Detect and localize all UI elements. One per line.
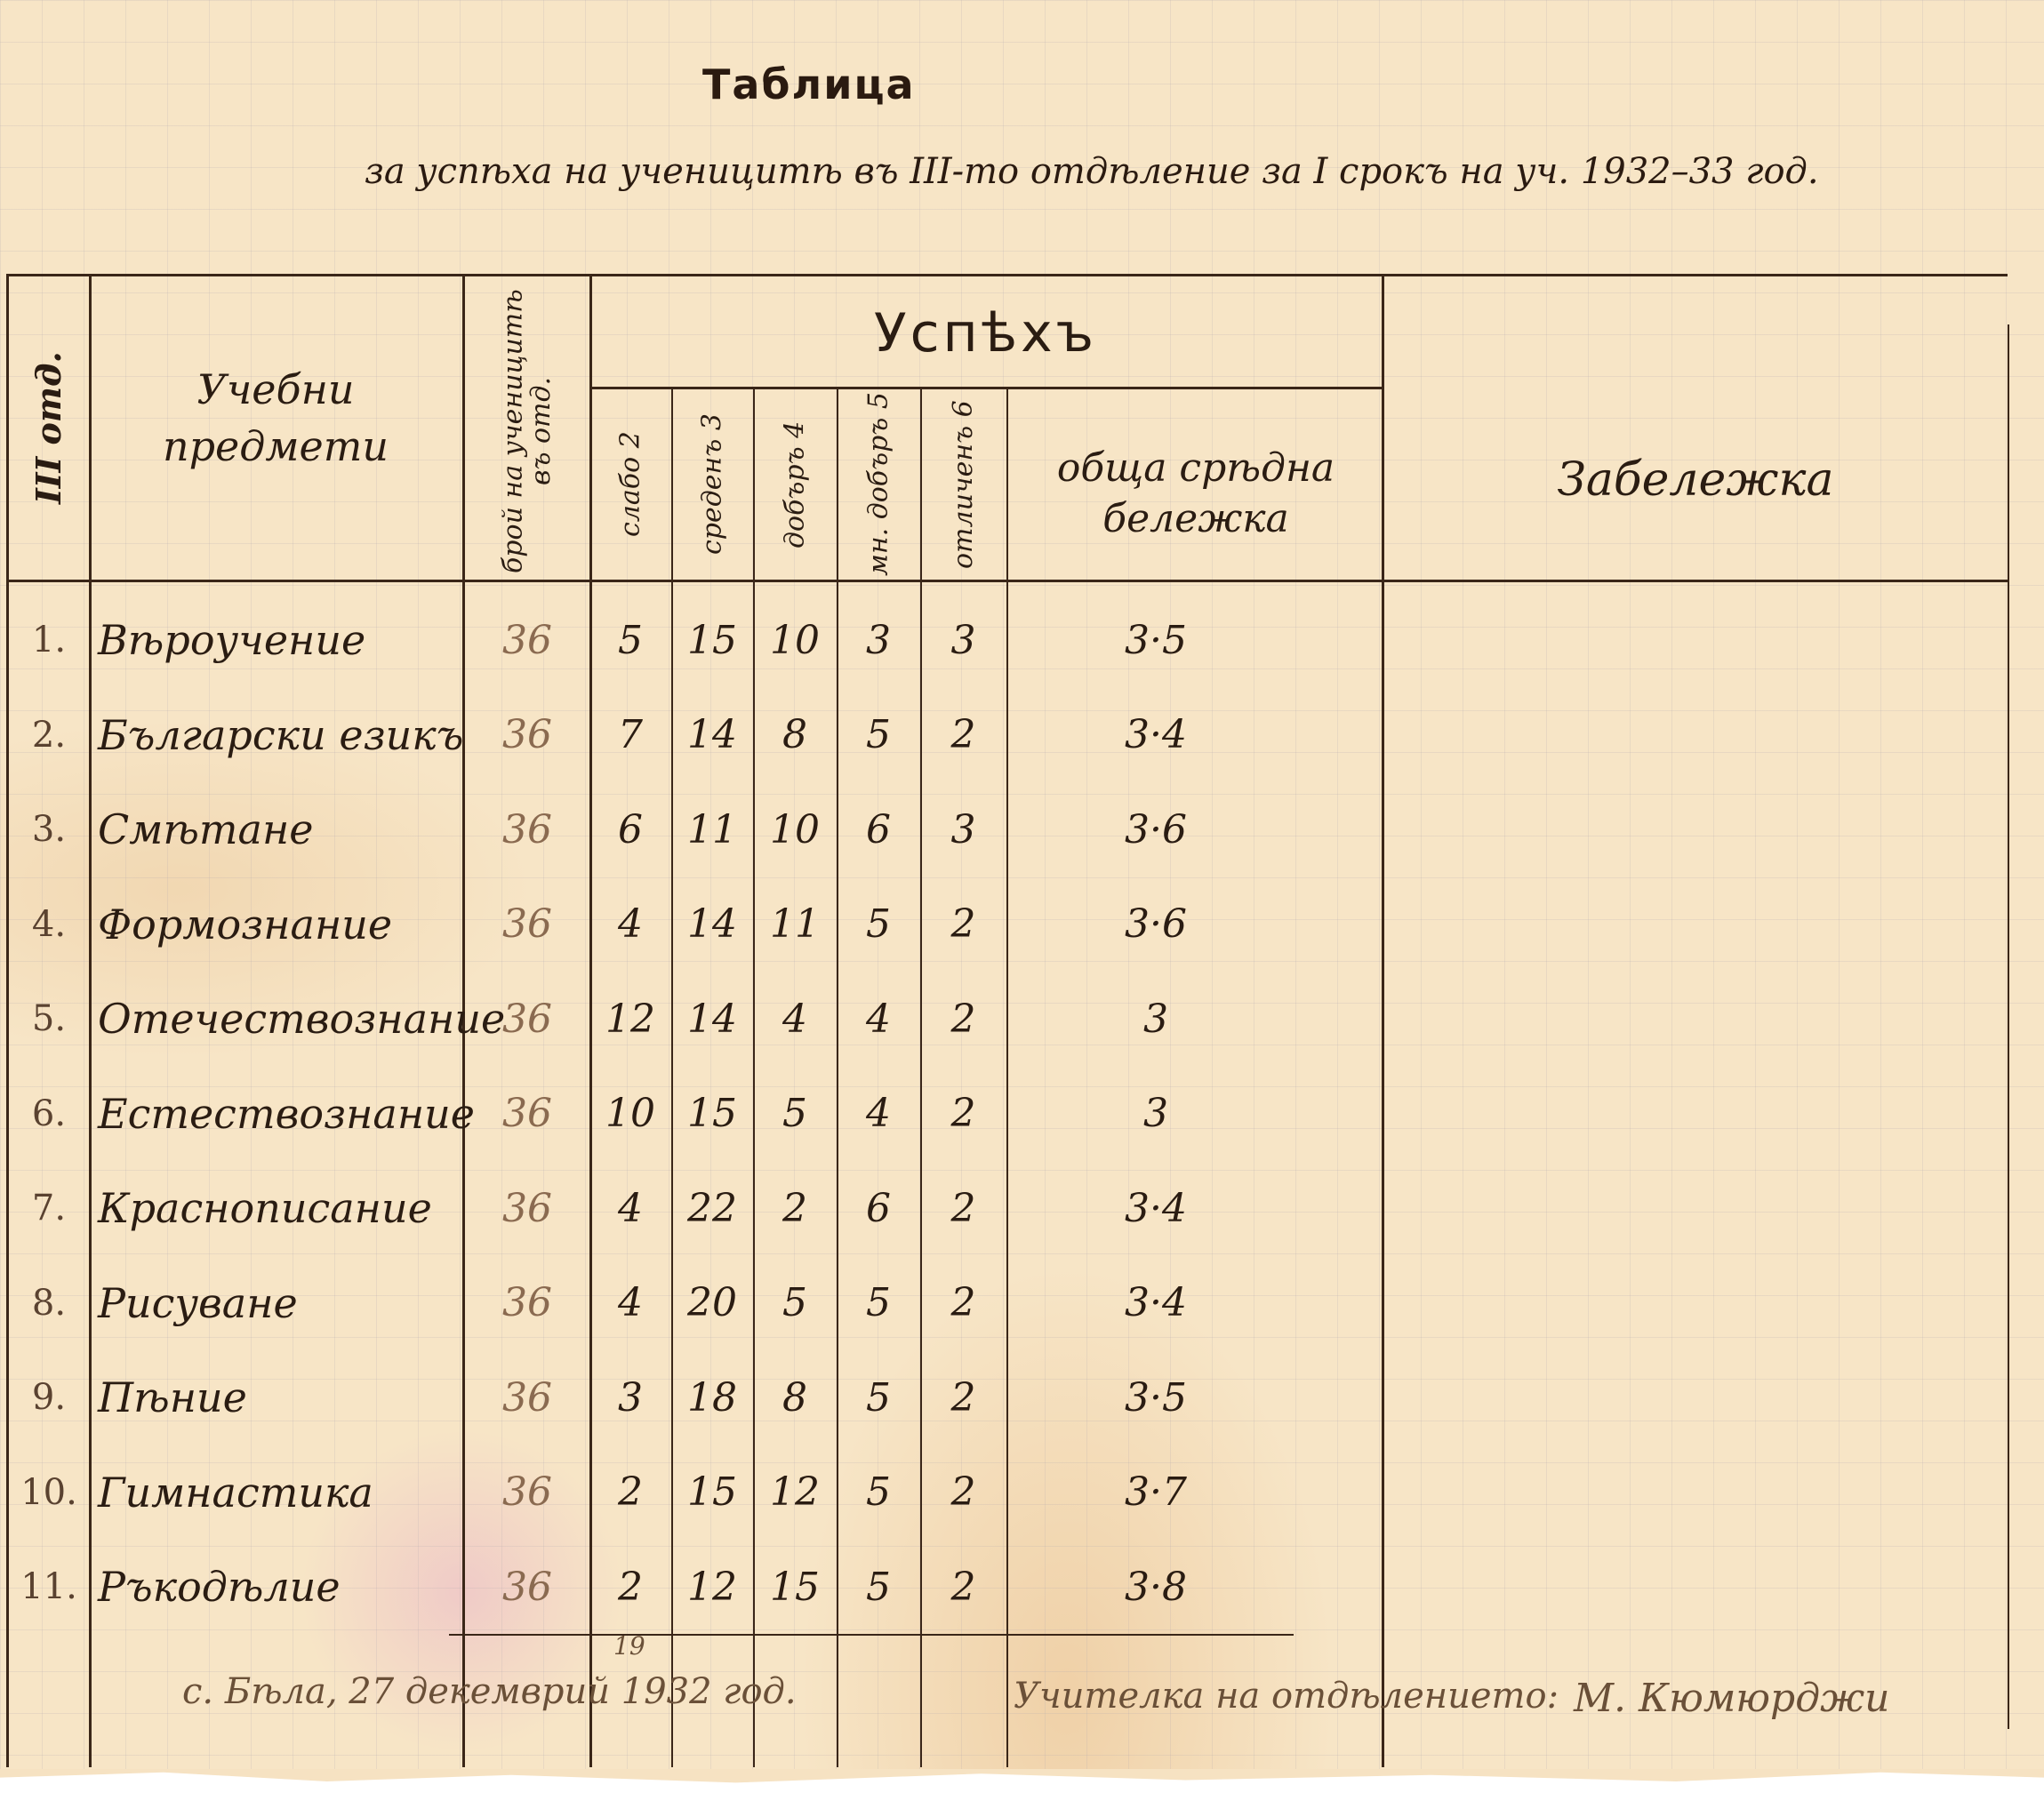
date-annotation: 19 — [613, 1631, 645, 1661]
grade-sreden-count: 15 — [671, 1067, 753, 1162]
grade-otlichen-count: 3 — [920, 593, 1006, 688]
grade-dobar-count: 10 — [753, 593, 837, 688]
header-remark: Забележка — [1384, 427, 2007, 533]
header-grade-mn-dobar: мн. добъръ 5 — [837, 389, 920, 580]
document-title: Таблица — [702, 60, 916, 108]
subject-name: Смѣтане — [92, 782, 468, 877]
grade-dobar-count: 8 — [753, 688, 837, 783]
grade-sreden-count: 20 — [671, 1256, 753, 1351]
subject-name: Ръкодѣлие — [92, 1540, 468, 1635]
students-count: 36 — [465, 972, 589, 1067]
grade-otlichen-count: 2 — [920, 1256, 1006, 1351]
grade-otlichen-count: 2 — [920, 877, 1006, 973]
grade-sreden-count: 11 — [671, 782, 753, 877]
row-number: 11. — [9, 1540, 89, 1635]
grade-dobar-count: 11 — [753, 877, 837, 973]
grade-sreden-count: 14 — [671, 688, 753, 783]
remark — [1384, 1350, 2007, 1445]
grade-otlichen-count: 2 — [920, 1161, 1006, 1256]
remark — [1384, 593, 2007, 688]
students-count: 36 — [465, 1161, 589, 1256]
grade-slabo-count: 4 — [589, 1256, 671, 1351]
grade-slabo-count: 3 — [589, 1350, 671, 1445]
grade-slabo-count: 4 — [589, 1161, 671, 1256]
row-number: 6. — [9, 1067, 89, 1162]
students-count: 36 — [465, 1540, 589, 1635]
subject-name: Български езикъ — [92, 688, 468, 783]
document-subtitle: за успѣха на ученицитѣ въ III-то отдѣлен… — [365, 151, 1819, 192]
students-count: 36 — [465, 1445, 589, 1541]
col-divider — [2008, 324, 2009, 1729]
grade-otlichen-count: 2 — [920, 1350, 1006, 1445]
header-students-count: брой на ученицитѣ въ отд. — [465, 284, 589, 578]
grade-sreden-count: 22 — [671, 1161, 753, 1256]
remark — [1384, 877, 2007, 973]
remark — [1384, 1540, 2007, 1635]
grade-mn-dobar-count: 5 — [837, 1540, 920, 1635]
average-grade: 3·4 — [1022, 688, 1289, 783]
grade-dobar-count: 5 — [753, 1067, 837, 1162]
grade-otlichen-count: 2 — [920, 1540, 1006, 1635]
row-number: 4. — [9, 877, 89, 973]
row-number: 1. — [9, 593, 89, 688]
grade-dobar-count: 15 — [753, 1540, 837, 1635]
subject-name: Естествознание — [92, 1067, 468, 1162]
average-grade: 3·7 — [1022, 1445, 1289, 1541]
signature-name: М. Кюмюрджи — [1574, 1676, 1889, 1721]
grade-slabo-count: 10 — [589, 1067, 671, 1162]
grade-dobar-count: 4 — [753, 972, 837, 1067]
subject-name: Пѣние — [92, 1350, 468, 1445]
grade-dobar-count: 5 — [753, 1256, 837, 1351]
header-success: Успѣхъ — [589, 280, 1382, 387]
row-number: 9. — [9, 1350, 89, 1445]
remark — [1384, 1445, 2007, 1541]
grade-slabo-count: 12 — [589, 972, 671, 1067]
header-average: обща срѣдна бележка — [1022, 418, 1369, 569]
row-number: 3. — [9, 782, 89, 877]
students-count: 36 — [465, 1350, 589, 1445]
grade-mn-dobar-count: 6 — [837, 782, 920, 877]
grade-mn-dobar-count: 5 — [837, 688, 920, 783]
average-grade: 3·5 — [1022, 593, 1289, 688]
row-number: 5. — [9, 972, 89, 1067]
signature-label: Учителка на отдѣлението: — [1014, 1676, 1559, 1717]
remark — [1384, 972, 2007, 1067]
grade-slabo-count: 2 — [589, 1445, 671, 1541]
grade-otlichen-count: 3 — [920, 782, 1006, 877]
grade-otlichen-count: 2 — [920, 688, 1006, 783]
row-number: 8. — [9, 1256, 89, 1351]
row-number: 2. — [9, 688, 89, 783]
average-grade: 3·6 — [1022, 782, 1289, 877]
grade-mn-dobar-count: 4 — [837, 972, 920, 1067]
students-count: 36 — [465, 782, 589, 877]
grade-mn-dobar-count: 6 — [837, 1161, 920, 1256]
grade-mn-dobar-count: 3 — [837, 593, 920, 688]
grade-mn-dobar-count: 4 — [837, 1067, 920, 1162]
header-division: III отд. — [9, 276, 89, 580]
header-grade-slabo: слабо 2 — [589, 389, 671, 580]
grade-slabo-count: 4 — [589, 877, 671, 973]
grade-sreden-count: 15 — [671, 1445, 753, 1541]
grade-otlichen-count: 2 — [920, 972, 1006, 1067]
col-divider — [1006, 387, 1008, 1767]
grade-sreden-count: 14 — [671, 877, 753, 973]
col-divider — [89, 274, 92, 1767]
row-number: 7. — [9, 1161, 89, 1256]
grade-dobar-count: 12 — [753, 1445, 837, 1541]
grade-sreden-count: 18 — [671, 1350, 753, 1445]
grade-otlichen-count: 2 — [920, 1067, 1006, 1162]
table-top-border — [6, 274, 2008, 276]
remark — [1384, 688, 2007, 783]
remark — [1384, 782, 2007, 877]
students-count: 36 — [465, 877, 589, 973]
average-grade: 3 — [1022, 972, 1289, 1067]
average-grade: 3·4 — [1022, 1256, 1289, 1351]
average-grade: 3·4 — [1022, 1161, 1289, 1256]
header-subjects: Учебни предмети — [107, 338, 445, 498]
grade-mn-dobar-count: 5 — [837, 877, 920, 973]
subject-name: Гимнастика — [92, 1445, 468, 1541]
students-count: 36 — [465, 593, 589, 688]
average-grade: 3·5 — [1022, 1350, 1289, 1445]
average-grade: 3 — [1022, 1067, 1289, 1162]
grade-otlichen-count: 2 — [920, 1445, 1006, 1541]
students-count: 36 — [465, 1256, 589, 1351]
header-grade-otlichen: отличенъ 6 — [920, 389, 1006, 580]
grade-slabo-count: 2 — [589, 1540, 671, 1635]
grade-sreden-count: 14 — [671, 972, 753, 1067]
header-grade-dobar: добъръ 4 — [753, 389, 837, 580]
grade-sreden-count: 15 — [671, 593, 753, 688]
students-count: 36 — [465, 1067, 589, 1162]
place-date: с. Бѣла, 27 декемврий 1932 год. — [182, 1671, 797, 1712]
grade-mn-dobar-count: 5 — [837, 1445, 920, 1541]
grade-slabo-count: 7 — [589, 688, 671, 783]
remark — [1384, 1161, 2007, 1256]
grade-dobar-count: 10 — [753, 782, 837, 877]
students-count: 36 — [465, 688, 589, 783]
grade-mn-dobar-count: 5 — [837, 1350, 920, 1445]
grade-slabo-count: 6 — [589, 782, 671, 877]
torn-bottom-edge — [0, 1767, 2044, 1793]
row-number: 10. — [9, 1445, 89, 1541]
header-grade-sreden: среденъ 3 — [671, 389, 753, 580]
grade-slabo-count: 5 — [589, 593, 671, 688]
remark — [1384, 1256, 2007, 1351]
subject-name: Формознание — [92, 877, 468, 973]
subject-name: Вѣроучение — [92, 593, 468, 688]
subject-name: Рисуване — [92, 1256, 468, 1351]
average-grade: 3·6 — [1022, 877, 1289, 973]
subject-name: Краснописание — [92, 1161, 468, 1256]
grade-dobar-count: 2 — [753, 1161, 837, 1256]
grade-dobar-count: 8 — [753, 1350, 837, 1445]
grade-sreden-count: 12 — [671, 1540, 753, 1635]
remark — [1384, 1067, 2007, 1162]
subject-name: Отечествознание — [92, 972, 468, 1067]
average-grade: 3·8 — [1022, 1540, 1289, 1635]
grade-mn-dobar-count: 5 — [837, 1256, 920, 1351]
